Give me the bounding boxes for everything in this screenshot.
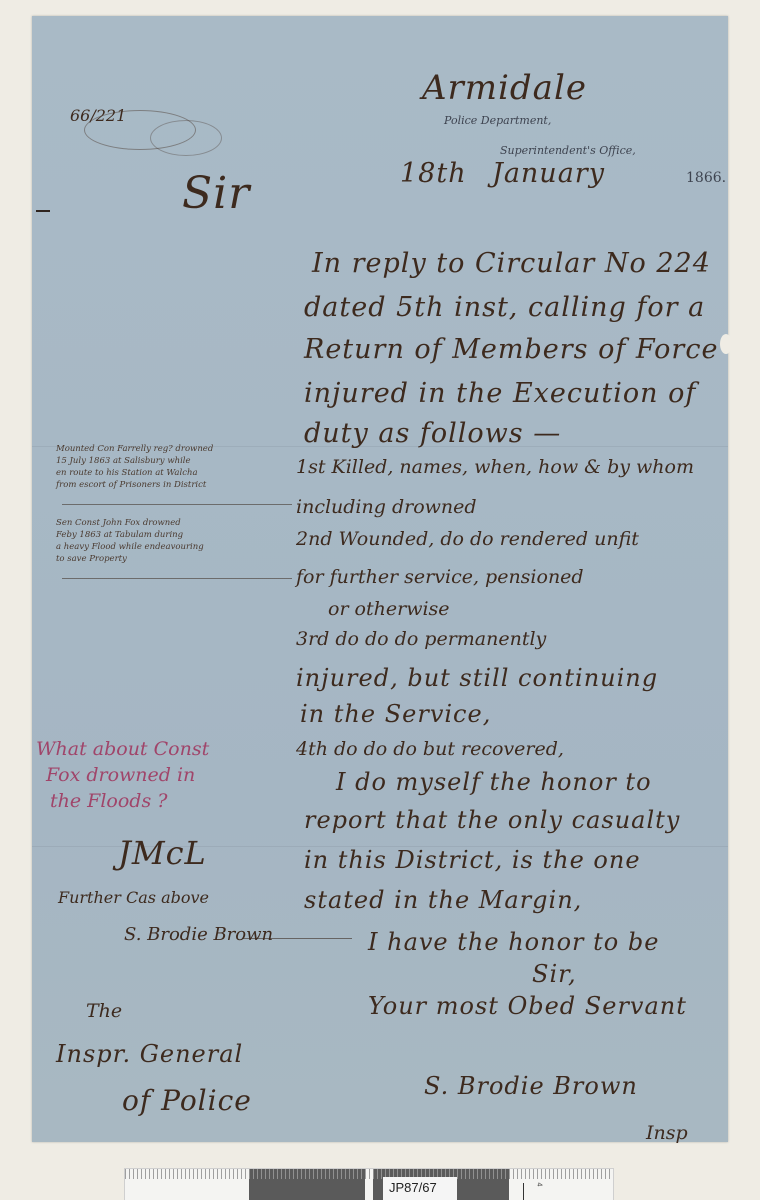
letter-page: 66/221 Armidale Police Department, Super…: [32, 16, 728, 1142]
ruler-marker: [523, 1183, 524, 1200]
archive-scale-ruler: JP87/67 4: [124, 1168, 614, 1200]
closing-line: Your most Obed Servant: [368, 992, 687, 1020]
body-line: injured in the Execution of: [304, 378, 696, 409]
body-line: including drowned: [296, 496, 477, 518]
body-line: duty as follows —: [304, 418, 561, 449]
body-line: Sir,: [532, 960, 577, 988]
margin-divider: [62, 504, 292, 505]
margin-divider: [62, 578, 292, 579]
reply-signature: S. Brodie Brown: [124, 924, 273, 945]
archive-label: JP87/67: [383, 1177, 457, 1200]
body-line: stated in the Margin,: [304, 886, 582, 914]
salutation: Sir: [182, 168, 250, 219]
signature-title: Insp: [646, 1122, 688, 1144]
reference-oval: [150, 120, 222, 156]
body-line: injured, but still continuing: [296, 664, 658, 692]
body-line: dated 5th inst, calling for a: [304, 292, 705, 323]
body-line: 1st Killed, names, when, how & by whom: [296, 456, 694, 478]
reference-number: 66/221: [70, 106, 126, 125]
body-line: Return of Members of Force: [304, 334, 718, 365]
body-line: In reply to Circular No 224: [312, 248, 711, 279]
body-line: 4th do do do but recovered,: [296, 738, 564, 760]
body-line: for further service, pensioned: [296, 566, 584, 588]
ruler-side-mark: 4: [535, 1183, 542, 1187]
body-line: 2nd Wounded, do do rendered unfit: [296, 528, 639, 550]
office-heading: Superintendent's Office,: [500, 144, 636, 157]
place-name: Armidale: [422, 68, 587, 108]
initials: JMcL: [118, 834, 207, 872]
flourish-line: [242, 938, 352, 939]
date-year: 1866.: [686, 170, 726, 186]
body-line: I do myself the honor to: [336, 768, 652, 796]
date-month: January: [492, 158, 605, 189]
margin-dash: [36, 210, 50, 212]
body-line: or otherwise: [328, 598, 450, 620]
signature: S. Brodie Brown: [424, 1072, 638, 1100]
ruler-ticks: [125, 1169, 613, 1179]
body-line: I have the honor to be: [368, 928, 659, 956]
department-heading: Police Department,: [444, 114, 551, 127]
date-day: 18th: [400, 158, 467, 189]
body-line: in this District, is the one: [304, 846, 641, 874]
body-line: in the Service,: [300, 700, 491, 728]
body-line: report that the only casualty: [304, 806, 680, 834]
body-line: 3rd do do do permanently: [296, 628, 546, 650]
reply-note: Further Cas above: [58, 888, 209, 907]
